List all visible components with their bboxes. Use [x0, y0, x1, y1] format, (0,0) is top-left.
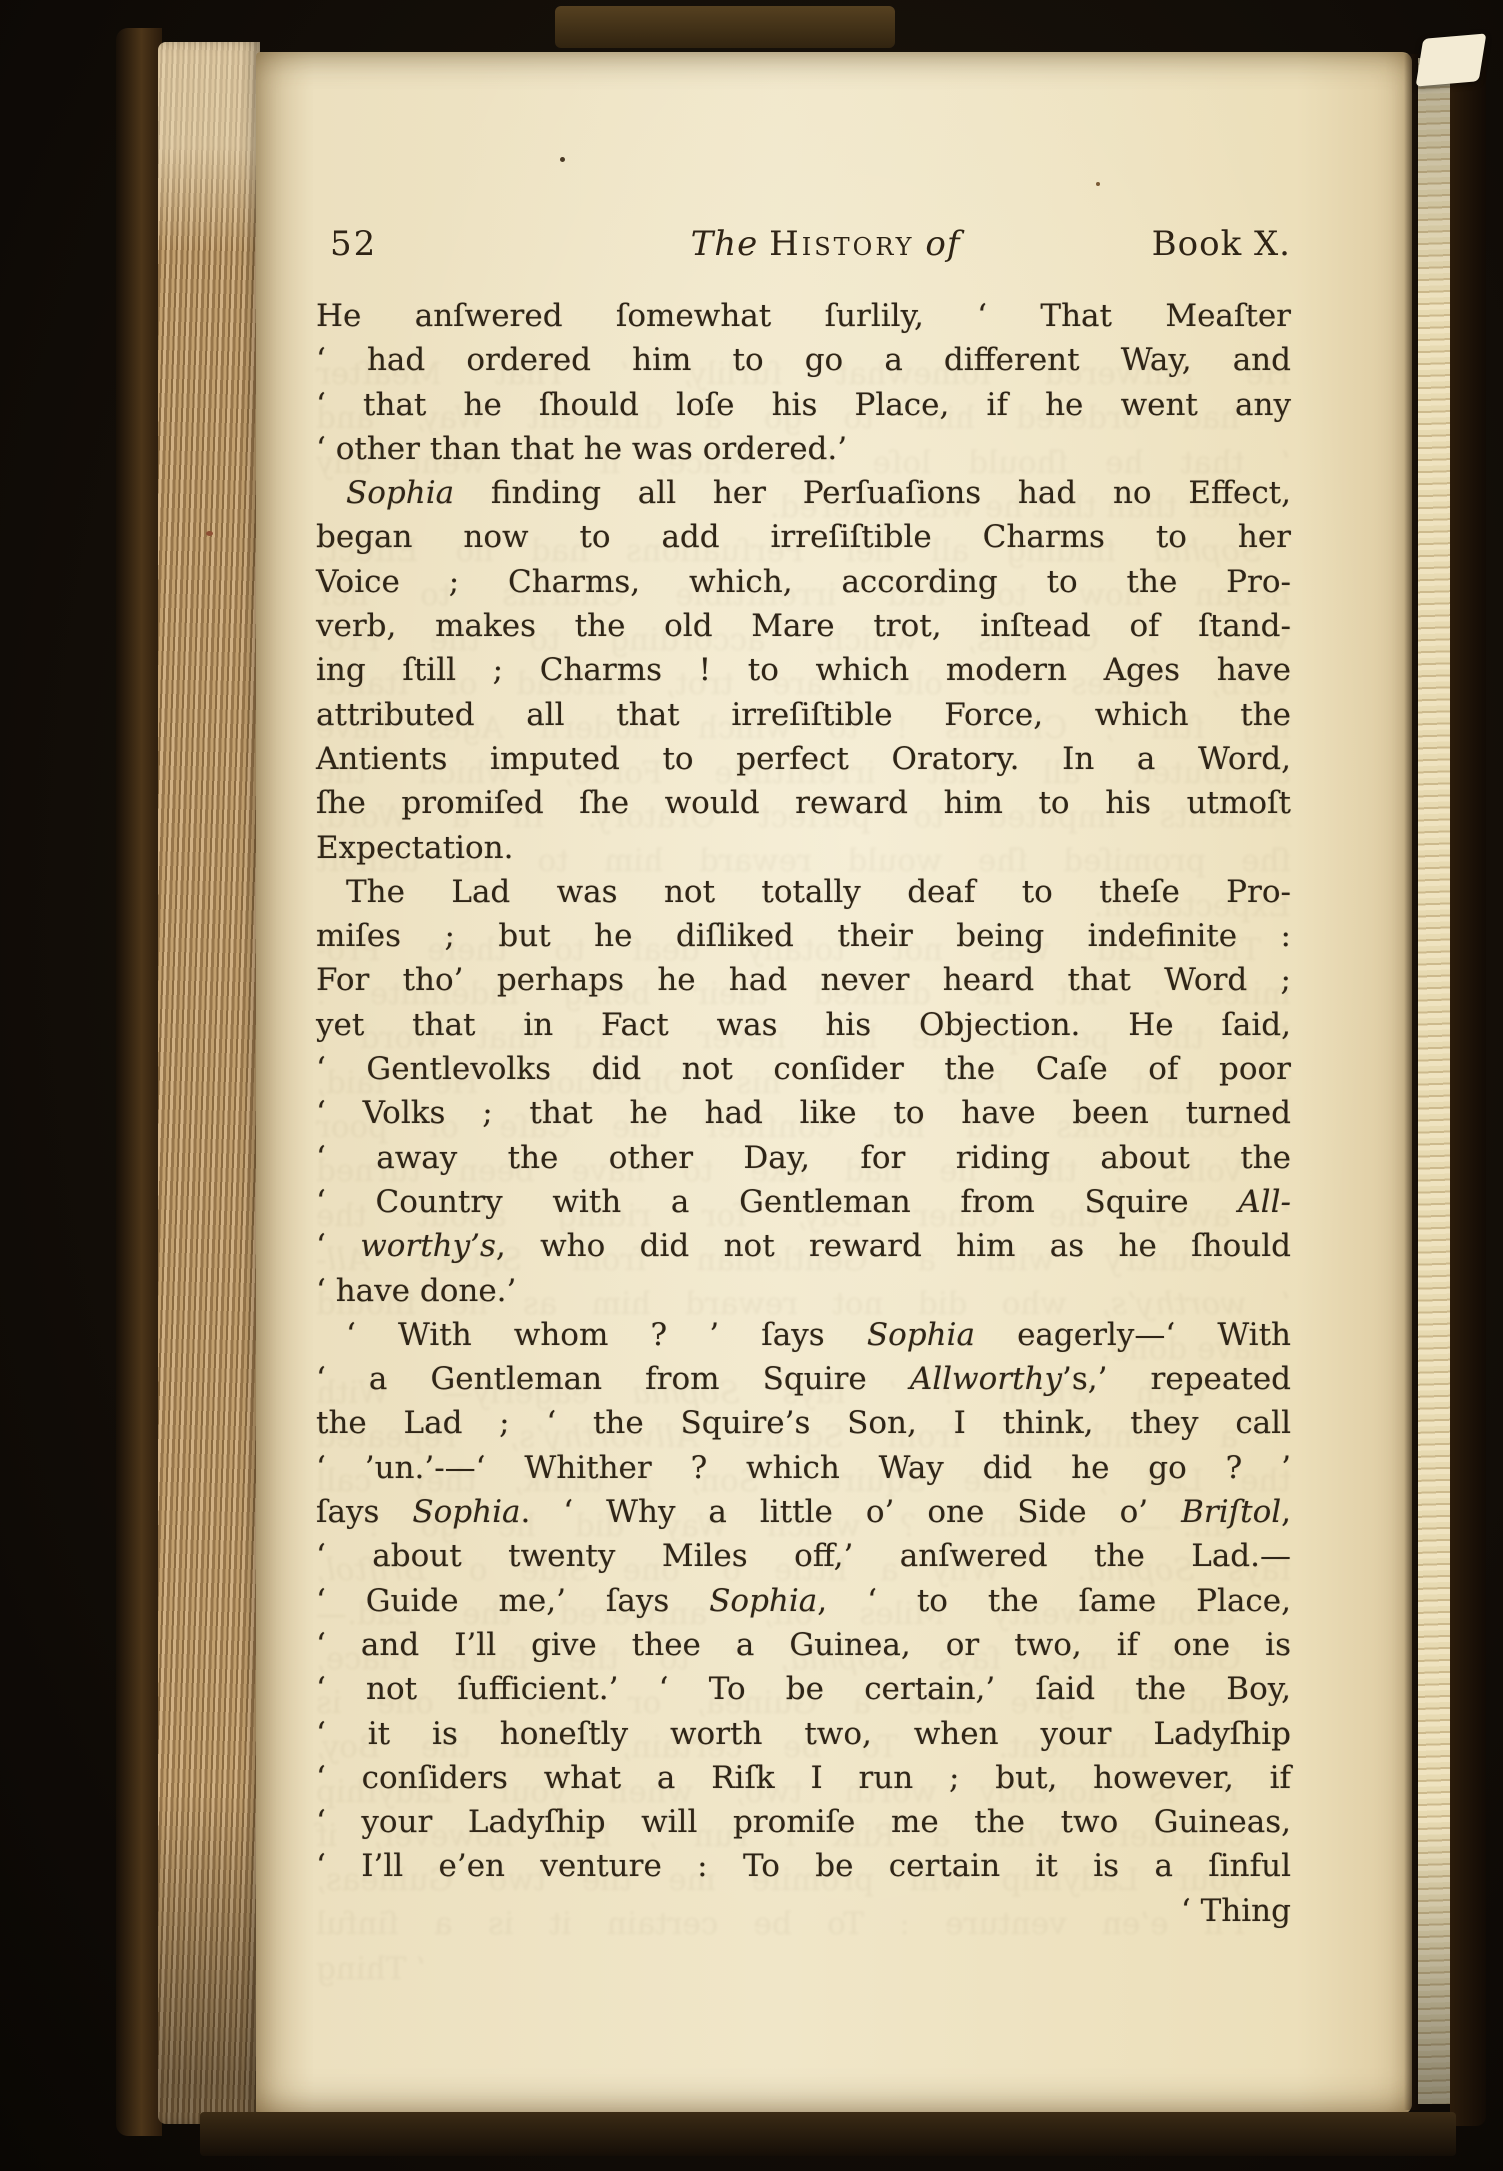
text-segment: ‘ it is honeſtly worth two, when your La…	[316, 1716, 1291, 1752]
text-line: ‘ have done.’	[316, 1269, 1291, 1313]
text-segment: ſhe promiſed ſhe would reward him to his…	[316, 785, 1291, 821]
text-line: ‘ Thing	[316, 1889, 1291, 1933]
text-line: yet that in Fact was his Objection. He ſ…	[316, 1003, 1291, 1047]
text-segment: Expectation.	[316, 830, 513, 866]
text-segment: ‘ ’un.’-—‘ Whither ? which Way did he go…	[316, 1450, 1291, 1486]
text-segment: ‘ have done.’	[316, 1273, 516, 1309]
text-segment: ‘ other than that he was ordered.’	[316, 431, 847, 467]
text-line: ‘ Thing	[316, 1947, 1291, 1991]
text-segment: ‘ not ſufficient.’ ‘ To be certain,’ ſai…	[316, 1671, 1291, 1707]
text-segment: ‘ away the other Day, for riding about t…	[316, 1140, 1291, 1176]
text-segment: finding all her Perſuaſions had no Effec…	[454, 475, 1291, 511]
book-cover-bottom	[200, 2112, 1456, 2156]
page-text: He anſwered ſomewhat ſurlily, ‘ That Mea…	[316, 294, 1291, 1933]
text-segment: All-	[1238, 1184, 1291, 1220]
text-line: ‘ I’ll e’en venture : To be certain it i…	[316, 1844, 1291, 1888]
paper-speck	[1096, 182, 1100, 186]
text-segment: ‘ and I’ll give thee a Guinea, or two, i…	[316, 1627, 1291, 1663]
text-line: ‘ other than that he was ordered.’	[316, 427, 1291, 471]
left-page-edges	[158, 42, 260, 2124]
text-line: ‘ Gentlevolks did not conſider the Caſe …	[316, 1047, 1291, 1091]
text-segment: ‘ Country with a Gentleman from Squire	[316, 1184, 1238, 1220]
text-line: attributed all that irreſiſtible Force, …	[316, 693, 1291, 737]
page-header: 52 The History of Book X.	[316, 224, 1291, 264]
text-line: the Lad ; ‘ the Squire’s Son, I think, t…	[316, 1401, 1291, 1445]
text-segment: Briſtol	[1181, 1494, 1281, 1530]
text-line: ‘ away the other Day, for riding about t…	[316, 1136, 1291, 1180]
book-page: 52 The History of Book X. He anſwered ſo…	[256, 52, 1412, 2114]
text-line: For tho’ perhaps he had never heard that…	[316, 958, 1291, 1002]
text-segment: ‘ your Ladyſhip will promiſe me the two …	[316, 1804, 1291, 1840]
text-segment: miſes ; but he diſliked their being inde…	[316, 918, 1291, 954]
text-segment: ‘ Thing	[316, 1951, 426, 1987]
running-title-of: of	[925, 224, 960, 264]
photo-background: 52 The History of Book X. He anſwered ſo…	[0, 0, 1503, 2171]
page-corner-peek	[1416, 33, 1487, 86]
text-segment: yet that in Fact was his Objection. He ſ…	[316, 1007, 1291, 1043]
book-number: Book X.	[1141, 224, 1291, 264]
book-spine	[116, 28, 162, 2136]
text-line: ſays Sophia. ‘ Why a little o’ one Side …	[316, 1490, 1291, 1534]
text-line: ‘ that he ſhould loſe his Place, if he w…	[316, 383, 1291, 427]
text-line: Expectation.	[316, 826, 1291, 870]
text-line: ‘ conſiders what a Riſk I run ; but, how…	[316, 1756, 1291, 1800]
text-line: miſes ; but he diſliked their being inde…	[316, 914, 1291, 958]
text-line: ‘ and I’ll give thee a Guinea, or two, i…	[316, 1623, 1291, 1667]
text-segment: ‘ I’ll e’en venture : To be certain it i…	[316, 1848, 1291, 1884]
text-line: ‘ Guide me,’ ſays Sophia, ‘ to the ſame …	[316, 1579, 1291, 1623]
text-segment: ‘ conſiders what a Riſk I run ; but, how…	[316, 1760, 1291, 1796]
text-segment: ,	[1281, 1494, 1291, 1530]
right-page-edges	[1418, 58, 1452, 2104]
text-segment: ‘ a Gentleman from Squire	[316, 1361, 910, 1397]
text-segment: attributed all that irreſiſtible Force, …	[316, 697, 1291, 733]
text-segment: ‘	[316, 1228, 360, 1264]
text-line: Sophia finding all her Perſuaſions had n…	[316, 471, 1291, 515]
paper-speck	[206, 531, 213, 536]
running-title-the: The	[691, 224, 759, 264]
text-segment: ing ſtill ; Charms ! to which modern Age…	[316, 652, 1291, 688]
text-line: ‘ With whom ? ’ ſays Sophia eagerly—‘ Wi…	[316, 1313, 1291, 1357]
text-segment: Sophia	[867, 1317, 975, 1353]
text-line: verb, makes the old Mare trot, inſtead o…	[316, 604, 1291, 648]
text-line: ‘ about twenty Miles off,’ anſwered the …	[316, 1534, 1291, 1578]
text-segment: Voice ; Charms, which, according to the …	[316, 564, 1291, 600]
text-line: ‘ not ſufficient.’ ‘ To be certain,’ ſai…	[316, 1667, 1291, 1711]
text-line: ing ſtill ; Charms ! to which modern Age…	[316, 648, 1291, 692]
text-line: Voice ; Charms, which, according to the …	[316, 560, 1291, 604]
book-cover-right	[1450, 36, 1486, 2126]
text-line: ſhe promiſed ſhe would reward him to his…	[316, 781, 1291, 825]
text-segment: ſays	[316, 1494, 412, 1530]
text-line: ‘ it is honeſtly worth two, when your La…	[316, 1712, 1291, 1756]
text-segment: the Lad ; ‘ the Squire’s Son, I think, t…	[316, 1405, 1291, 1441]
text-line: ‘ Country with a Gentleman from Squire A…	[316, 1180, 1291, 1224]
text-segment: Sophia	[709, 1583, 817, 1619]
text-segment: Sophia	[346, 475, 454, 511]
text-line: Antients imputed to perfect Oratory. In …	[316, 737, 1291, 781]
text-segment: . ‘ Why a little o’ one Side o’	[520, 1494, 1181, 1530]
running-title-history: History	[769, 224, 914, 264]
text-line: ‘ Volks ; that he had like to have been …	[316, 1091, 1291, 1135]
text-segment: ‘ Volks ; that he had like to have been …	[316, 1095, 1291, 1131]
text-segment: worthy’s	[360, 1228, 496, 1264]
text-segment: began now to add irreſiſtible Charms to …	[316, 519, 1291, 555]
text-segment: , who did not reward him as he ſhould	[496, 1228, 1291, 1264]
text-segment: ‘ that he ſhould loſe his Place, if he w…	[316, 387, 1291, 423]
paper-speck	[560, 157, 565, 162]
text-line: ‘ had ordered him to go a different Way,…	[316, 338, 1291, 382]
book-headband	[555, 6, 895, 48]
text-line: He anſwered ſomewhat ſurlily, ‘ That Mea…	[316, 294, 1291, 338]
page-number: 52	[316, 224, 510, 264]
text-segment: The Lad was not totally deaf to theſe Pr…	[346, 874, 1291, 910]
text-line: ‘ your Ladyſhip will promiſe me the two …	[316, 1800, 1291, 1844]
text-line: The Lad was not totally deaf to theſe Pr…	[316, 870, 1291, 914]
text-segment: ‘ With whom ? ’ ſays	[346, 1317, 867, 1353]
text-segment: Sophia	[412, 1494, 520, 1530]
text-segment: , ‘ to the ſame Place,	[817, 1583, 1291, 1619]
text-segment: ‘ Guide me,’ ſays	[316, 1583, 709, 1619]
text-line: ‘ worthy’s, who did not reward him as he…	[316, 1224, 1291, 1268]
text-segment: ‘ about twenty Miles off,’ anſwered the …	[316, 1538, 1291, 1574]
text-segment: He anſwered ſomewhat ſurlily, ‘ That Mea…	[316, 298, 1291, 334]
text-segment: ‘ Gentlevolks did not conſider the Caſe …	[316, 1051, 1291, 1087]
text-segment: Antients imputed to perfect Oratory. In …	[316, 741, 1291, 777]
text-line: began now to add irreſiſtible Charms to …	[316, 515, 1291, 559]
running-title: The History of	[510, 224, 1141, 264]
text-segment: Allworthy	[910, 1361, 1062, 1397]
text-segment: ’s,’ repeated	[1062, 1361, 1291, 1397]
text-segment: ‘ had ordered him to go a different Way,…	[316, 342, 1291, 378]
text-line: ‘ ’un.’-—‘ Whither ? which Way did he go…	[316, 1446, 1291, 1490]
text-segment: ‘ Thing	[1181, 1893, 1291, 1929]
text-segment: eagerly—‘ With	[975, 1317, 1291, 1353]
text-segment: verb, makes the old Mare trot, inſtead o…	[316, 608, 1291, 644]
text-line: ‘ a Gentleman from Squire Allworthy’s,’ …	[316, 1357, 1291, 1401]
text-segment: For tho’ perhaps he had never heard that…	[316, 962, 1291, 998]
